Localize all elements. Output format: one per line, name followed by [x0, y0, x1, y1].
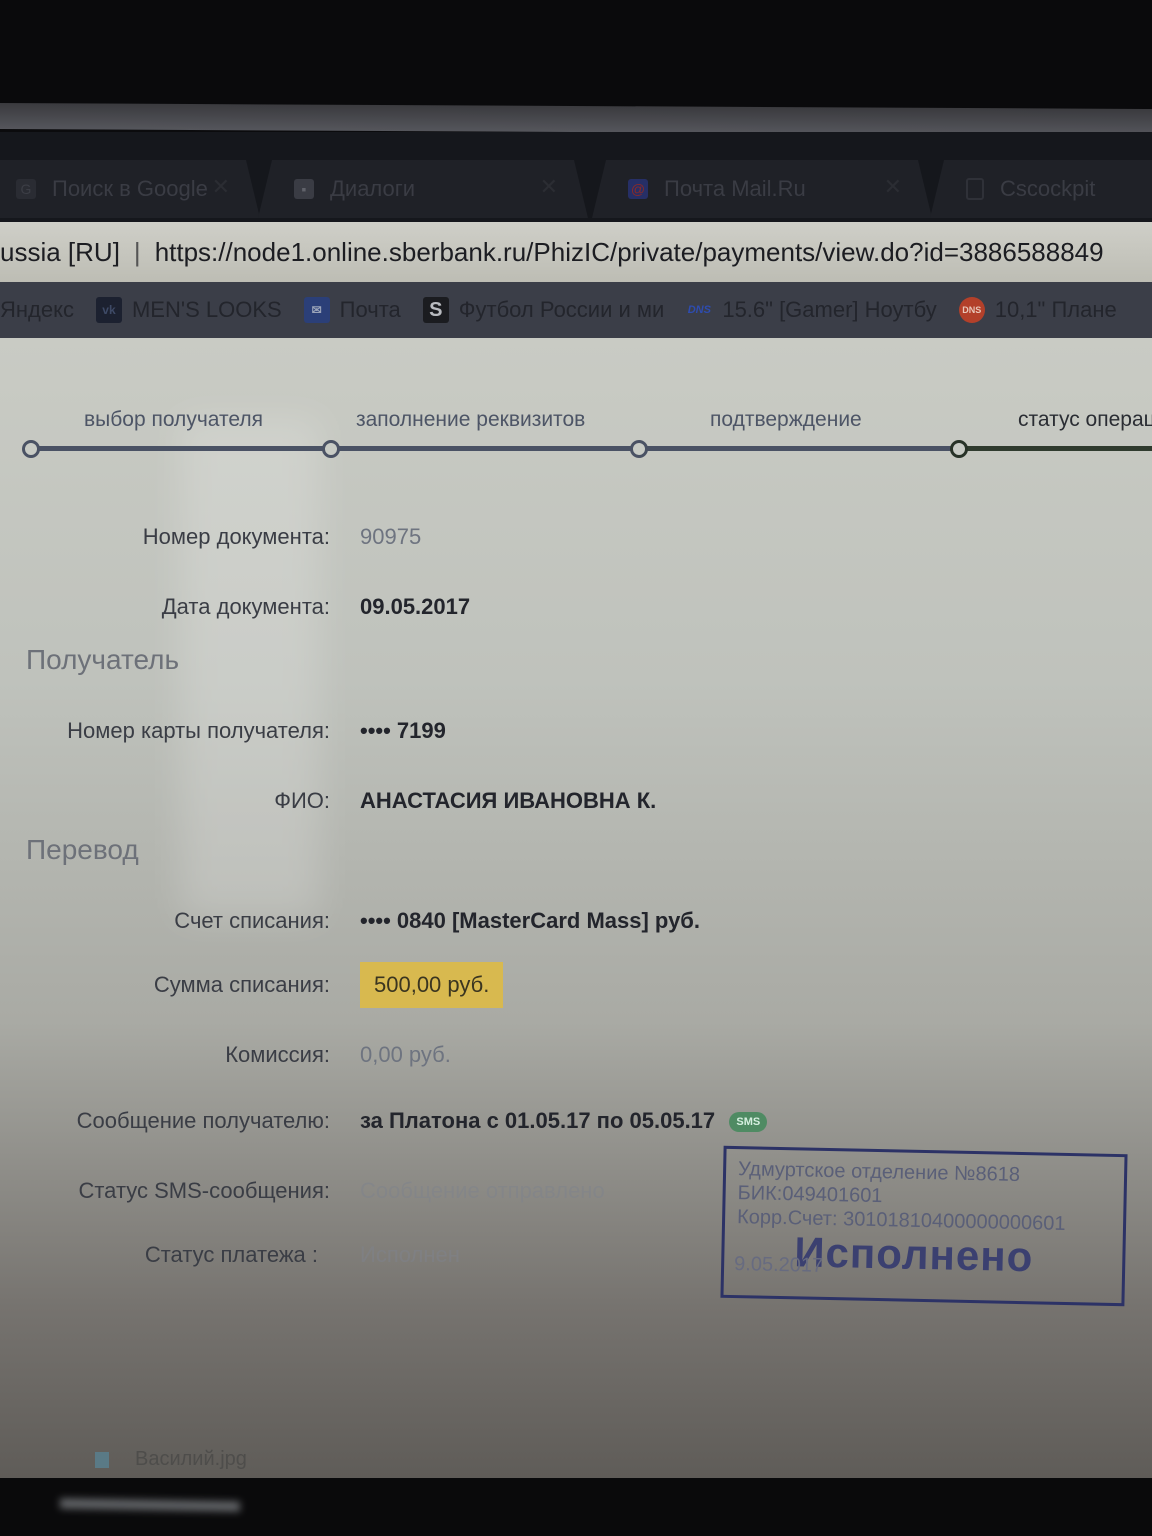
step-operation-status: статус операции: [1018, 408, 1152, 432]
chat-icon: ▪: [294, 179, 314, 199]
payment-status-page: выбор получателя заполнение реквизитов п…: [0, 338, 1152, 1478]
bookmark-label: Почта: [340, 297, 401, 323]
vk-icon: vk: [96, 297, 122, 323]
progress-steps: выбор получателя заполнение реквизитов п…: [0, 398, 1152, 468]
document-number-label: Номер документа:: [0, 524, 330, 550]
debit-account-label: Счет списания:: [0, 908, 330, 934]
message-label: Сообщение получателю:: [0, 1108, 330, 1134]
step-node-active: [950, 440, 968, 458]
close-icon[interactable]: ✕: [884, 174, 902, 200]
payment-status-value: Исполнен: [360, 1242, 460, 1268]
monitor-bezel-top: [0, 0, 1152, 118]
steps-track: [30, 446, 958, 451]
tab-label: Диалоги: [330, 176, 415, 202]
url-text[interactable]: https://node1.online.sberbank.ru/PhizIC/…: [155, 237, 1104, 268]
recipient-card-label: Номер карты получателя:: [0, 718, 330, 744]
fee-value: 0,00 руб.: [360, 1042, 451, 1068]
mail-envelope-icon: ✉: [304, 297, 330, 323]
monitor-frame-edge: [0, 103, 1152, 135]
image-file-icon: [95, 1452, 109, 1468]
sms-status-label: Статус SMS-сообщения:: [0, 1178, 330, 1204]
step-confirmation: подтверждение: [710, 408, 862, 432]
address-bar[interactable]: ussia [RU] | https://node1.online.sberba…: [0, 222, 1152, 282]
bookmark-label: 15.6" [Gamer] Ноутбу: [722, 297, 936, 323]
recipient-card-value: •••• 7199: [360, 718, 446, 744]
bookmark-football[interactable]: S Футбол России и ми: [423, 297, 665, 323]
recipient-section-title: Получатель: [26, 644, 179, 676]
message-value: за Платона с 01.05.17 по 05.05.17 SMS: [360, 1108, 767, 1134]
stamp-status: Исполнено: [794, 1228, 1034, 1281]
document-date-value: 09.05.2017: [360, 594, 470, 620]
bookmark-mens-looks[interactable]: vk MEN'S LOOKS: [96, 297, 282, 323]
tab-label: Поиск в Google: [52, 176, 208, 202]
recipient-name-value: АНАСТАСИЯ ИВАНОВНА К.: [360, 788, 656, 814]
certificate-label[interactable]: ussia [RU]: [0, 237, 120, 268]
recipient-name-label: ФИО:: [0, 788, 330, 814]
tab-dialogs[interactable]: ▪ Диалоги ✕: [258, 160, 588, 218]
step-fill-details: заполнение реквизитов: [356, 408, 585, 432]
sms-icon: SMS: [729, 1112, 767, 1132]
close-icon[interactable]: ✕: [540, 174, 558, 200]
dns-icon: DNS: [686, 297, 712, 323]
bookmark-label: MEN'S LOOKS: [132, 297, 282, 323]
message-text: за Платона с 01.05.17 по 05.05.17: [360, 1108, 715, 1133]
step-node: [22, 440, 40, 458]
document-number-value: 90975: [360, 524, 421, 550]
bank-stamp: Удмуртское отделение №8618 БИК:049401601…: [720, 1146, 1127, 1306]
tab-google-search[interactable]: G Поиск в Google ✕: [0, 160, 260, 218]
payment-status-label: Статус платежа :: [0, 1242, 318, 1268]
bookmark-pochta[interactable]: ✉ Почта: [304, 297, 401, 323]
document-icon: [966, 178, 984, 200]
tab-mail-ru[interactable]: @ Почта Mail.Ru ✕: [592, 160, 932, 218]
google-icon: G: [16, 179, 36, 199]
tab-label: Cscockpit: [1000, 176, 1095, 202]
bookmark-label: Яндекс: [0, 297, 74, 323]
download-filename: Василий.jpg: [135, 1448, 247, 1471]
bookmark-label: Футбол России и ми: [459, 297, 665, 323]
address-separator: |: [134, 237, 141, 268]
document-date-label: Дата документа:: [0, 594, 330, 620]
debit-amount-value: 500,00 руб.: [360, 962, 503, 1008]
tab-label: Почта Mail.Ru: [664, 176, 806, 202]
sms-status-value: Сообщение отправлено: [360, 1178, 605, 1204]
transfer-section-title: Перевод: [26, 834, 139, 866]
stamp-date: 9.05.2017: [734, 1253, 823, 1278]
step-node: [630, 440, 648, 458]
step-node: [322, 440, 340, 458]
steps-track-active: [958, 446, 1152, 451]
step-select-recipient: выбор получателя: [84, 408, 263, 432]
debit-amount-label: Сумма списания:: [0, 972, 330, 998]
bookmark-dns-tablet[interactable]: DNS 10,1" Плане: [959, 297, 1117, 323]
fee-label: Комиссия:: [0, 1042, 330, 1068]
bookmarks-bar: Яндекс vk MEN'S LOOKS ✉ Почта S Футбол Р…: [0, 282, 1152, 338]
download-item[interactable]: Василий.jpg: [95, 1448, 247, 1471]
s-icon: S: [423, 297, 449, 323]
screen-glare: [180, 418, 320, 918]
mail-at-icon: @: [628, 179, 648, 199]
bookmark-yandex[interactable]: Яндекс: [0, 297, 74, 323]
close-icon[interactable]: ✕: [212, 174, 230, 200]
tab-cscockpit[interactable]: Cscockpit: [930, 160, 1152, 218]
bookmark-dns-notebook[interactable]: DNS 15.6" [Gamer] Ноутбу: [686, 297, 936, 323]
debit-account-value: •••• 0840 [MasterCard Mass] руб.: [360, 908, 700, 934]
dns-red-icon: DNS: [959, 297, 985, 323]
bookmark-label: 10,1" Плане: [995, 297, 1117, 323]
